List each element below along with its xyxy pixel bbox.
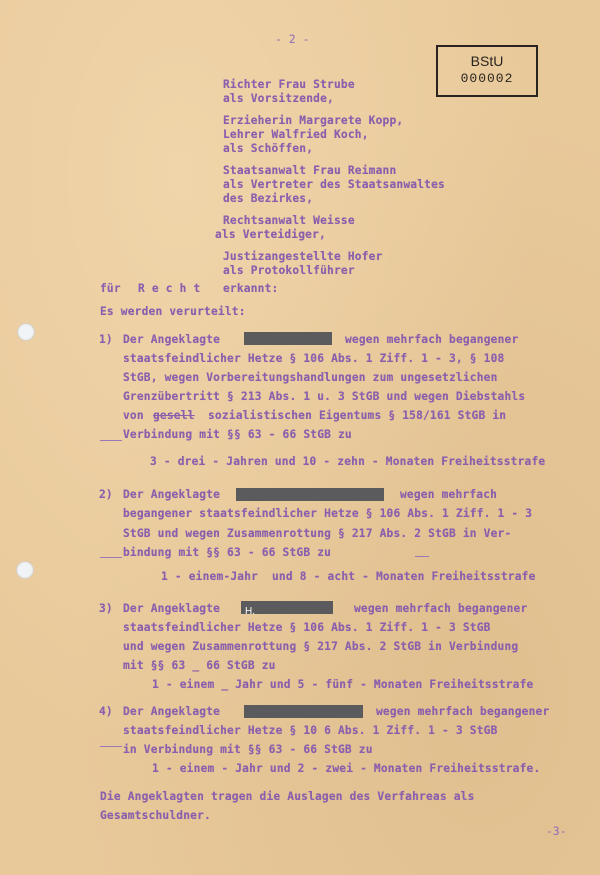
charge-line: StGB, wegen Vorbereitungshandlungen zum …	[123, 371, 498, 384]
court-line: als Protokollführer	[223, 264, 355, 277]
struck-word: gesell	[153, 409, 195, 422]
redacted-name: H.	[241, 601, 333, 614]
verdict-heading-pre: für	[100, 282, 121, 295]
charge-text: wegen mehrfach begangener	[345, 333, 518, 346]
sentenced-intro: Es werden verurteilt:	[100, 305, 246, 318]
page-number-bottom: -3-	[546, 825, 567, 838]
defendant-lead: Der Angeklagte	[123, 488, 220, 501]
charge-line: staatsfeindlicher Hetze § 106 Abs. 1 Zif…	[123, 621, 491, 634]
defendant-number: 1)	[99, 333, 113, 346]
charge-line: staatsfeindlicher Hetze § 10 6 Abs. 1 Zi…	[123, 724, 498, 737]
court-line: Erzieherin Margarete Kopp,	[223, 114, 403, 127]
page-number-top: - 2 -	[275, 33, 310, 46]
charge-line: und wegen Zusammenrottung § 217 Abs. 2 S…	[123, 640, 518, 653]
punch-hole-bottom	[16, 561, 34, 579]
charge-line-prefix: von	[123, 409, 144, 422]
court-line: als Vorsitzende,	[223, 92, 334, 105]
margin-line	[100, 746, 122, 747]
charge-line: bindung mit §§ 63 - 66 StGB zu	[123, 546, 331, 559]
court-line: Lehrer Walfried Koch,	[223, 128, 369, 141]
court-line: als Schöffen,	[223, 142, 313, 155]
court-line: Rechtsanwalt Weisse	[223, 214, 355, 227]
defendant-lead: Der Angeklagte	[123, 705, 220, 718]
defendant-number: 2)	[99, 488, 113, 501]
charge-line: Grenzübertritt § 213 Abs. 1 u. 3 StGB un…	[123, 390, 525, 403]
defendant-lead: Der Angeklagte	[123, 333, 220, 346]
costs-line: Gesamtschuldner.	[100, 809, 211, 822]
archive-stamp: BStU 000002	[436, 45, 538, 97]
verdict-heading-word: R e c h t	[138, 282, 200, 295]
sentence: 3 - drei - Jahren und 10 - zehn - Monate…	[150, 455, 545, 468]
court-line: Justizangestellte Hofer	[223, 250, 383, 263]
stamp-number: 000002	[438, 71, 536, 86]
defendant-number: 4)	[99, 705, 113, 718]
charge-line: begangener staatsfeindlicher Hetze § 106…	[123, 507, 532, 520]
charge-line: sozialistischen Eigentums § 158/161 StGB…	[208, 409, 506, 422]
defendant-number: 3)	[99, 602, 113, 615]
charge-text: wegen mehrfach begangener	[376, 705, 549, 718]
redacted-name	[244, 332, 332, 345]
charge-text: wegen mehrfach	[400, 488, 497, 501]
court-line: Staatsanwalt Frau Reimann	[223, 164, 396, 177]
charge-line: Verbindung mit §§ 63 - 66 StGB zu	[123, 428, 352, 441]
charge-line: StGB und wegen Zusammenrottung § 217 Abs…	[123, 527, 511, 540]
defendant-lead: Der Angeklagte	[123, 602, 220, 615]
charge-line: staatsfeindlicher Hetze § 106 Abs. 1 Zif…	[123, 352, 504, 365]
redacted-name	[244, 705, 363, 718]
sentence: 1 - einem-Jahr und 8 - acht - Monaten Fr…	[161, 570, 536, 583]
costs-line: Die Angeklagten tragen die Auslagen des …	[100, 790, 475, 803]
margin-line	[415, 556, 429, 557]
charge-line: in Verbindung mit §§ 63 - 66 StGB zu	[123, 743, 373, 756]
charge-line: mit §§ 63 _ 66 StGB zu	[123, 659, 276, 672]
margin-line	[100, 440, 122, 441]
sentence: 1 - einem - Jahr und 2 - zwei - Monaten …	[152, 762, 540, 775]
court-line: als Vertreter des Staatsanwaltes	[223, 178, 445, 191]
stamp-title: BStU	[438, 53, 536, 69]
sentence: 1 - einem _ Jahr und 5 - fünf - Monaten …	[152, 678, 533, 691]
redacted-name	[236, 488, 384, 501]
punch-hole-top	[17, 323, 35, 341]
court-line: als Verteidiger,	[215, 228, 326, 241]
verdict-heading-post: erkannt:	[223, 282, 278, 295]
court-line: des Bezirkes,	[223, 192, 313, 205]
court-line: Richter Frau Strube	[223, 78, 355, 91]
margin-line	[100, 557, 122, 558]
charge-text: wegen mehrfach begangener	[354, 602, 527, 615]
